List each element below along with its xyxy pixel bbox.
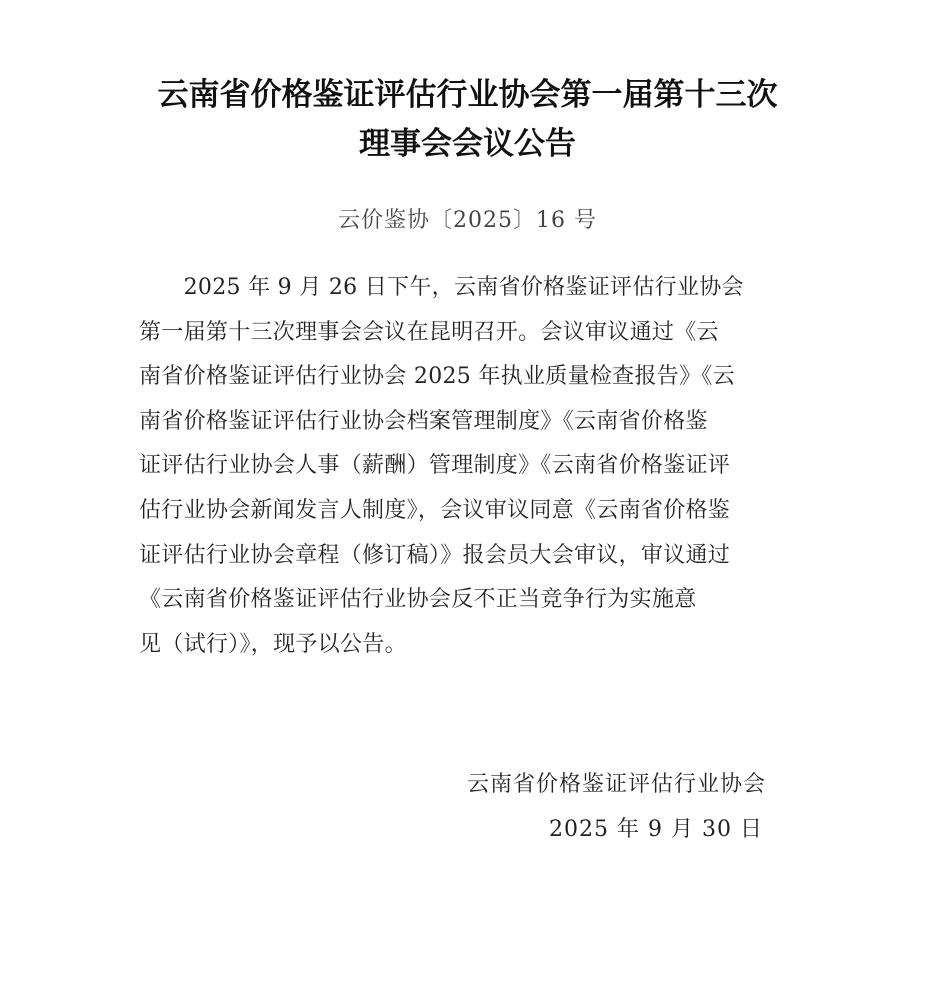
body-line: 南省价格鉴证评估行业协会 2025 年执业质量检查报告》《云 <box>139 355 799 400</box>
body-line: 第一届第十三次理事会会议在昆明召开。会议审议通过《云 <box>139 311 799 356</box>
body-line: 估行业协会新闻发言人制度》，会议审议同意《云南省价格鉴 <box>139 489 799 534</box>
body-line: 见（试行）》，现予以公告。 <box>139 623 799 668</box>
document-title-line-2: 理事会会议公告 <box>0 129 935 160</box>
body-line: 证评估行业协会章程（修订稿）》报会员大会审议，审议通过 <box>139 534 799 579</box>
body-line: 南省价格鉴证评估行业协会档案管理制度》《云南省价格鉴 <box>139 400 799 445</box>
document-number: 云价鉴协〔2025〕16 号 <box>0 203 935 234</box>
body-line: 2025 年 9 月 26 日下午，云南省价格鉴证评估行业协会 <box>139 266 799 311</box>
document-body: 2025 年 9 月 26 日下午，云南省价格鉴证评估行业协会 第一届第十三次理… <box>139 266 799 667</box>
body-line: 证评估行业协会人事（薪酬）管理制度》《云南省价格鉴证评 <box>139 444 799 489</box>
document-title-line-1: 云南省价格鉴证评估行业协会第一届第十三次 <box>0 80 935 111</box>
signature-date: 2025 年 9 月 30 日 <box>549 812 763 843</box>
signature-organization: 云南省价格鉴证评估行业协会 <box>467 767 766 798</box>
body-line: 《云南省价格鉴证评估行业协会反不正当竞争行为实施意 <box>139 578 799 623</box>
